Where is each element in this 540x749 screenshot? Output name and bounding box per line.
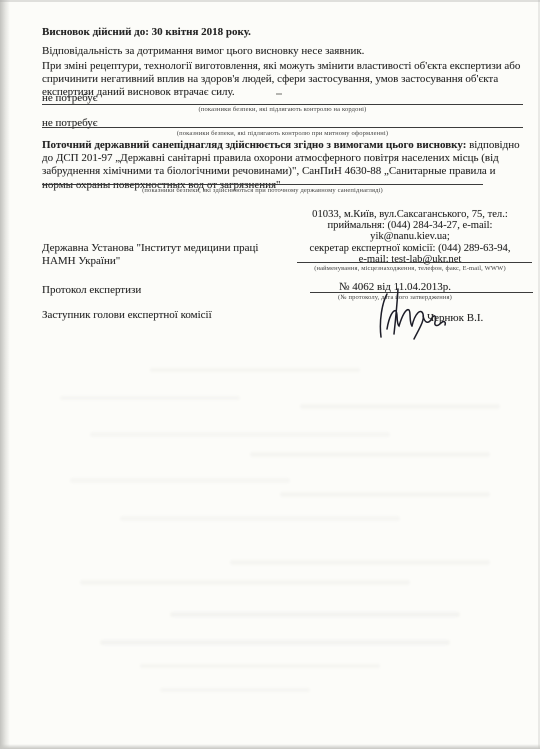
bleedthrough-smudge — [150, 368, 360, 372]
signatory-title: Заступник голови експертної комісії — [42, 309, 212, 321]
contact-line-secretary: секретар експертної комісії: (044) 289-6… — [285, 243, 535, 254]
current-surveillance-lead: Поточний державний санепіднагляд здійсню… — [42, 139, 466, 151]
institution-name: Державна Установа "Інститут медицини пра… — [42, 242, 282, 268]
scan-edge-top — [0, 0, 540, 2]
bleedthrough-smudge — [140, 664, 380, 668]
protocol-label: Протокол експертизи — [42, 284, 141, 296]
border-control-underline — [42, 104, 523, 105]
contact-underline — [297, 262, 532, 263]
border-control-caption: (показники безпеки, які підлягають контр… — [42, 106, 523, 114]
customs-control-underline — [42, 127, 523, 128]
contact-line-address: 01033, м.Київ, вул.Саксаганського, 75, т… — [285, 209, 535, 220]
bleedthrough-smudge — [300, 404, 500, 409]
bleedthrough-smudge — [70, 478, 290, 483]
scan-edge-bottom — [0, 744, 540, 749]
current-surveillance-caption: (показники безпеки, які здійснюються при… — [42, 187, 483, 195]
signatory-name: Чернюк В.І. — [427, 312, 483, 324]
contact-line-reception: приймальня: (044) 284-34-27, e-mail: — [285, 220, 535, 231]
bleedthrough-smudge — [280, 492, 490, 497]
scan-artifact-dash — [276, 93, 282, 95]
bleedthrough-smudge — [170, 612, 460, 617]
scanned-document-page: Висновок дійсний до: 30 квітня 2018 року… — [0, 0, 540, 749]
bleedthrough-smudge — [90, 432, 390, 437]
bleedthrough-smudge — [80, 580, 410, 585]
bleedthrough-smudge — [160, 688, 310, 692]
current-surveillance-underline — [42, 184, 483, 185]
contact-line-email1: yik@nanu.kiev.ua; — [285, 231, 535, 242]
contact-line-email2: e-mail: test-lab@ukr.net — [285, 254, 535, 265]
customs-control-caption: (показники безпеки, які підлягають контр… — [42, 130, 523, 138]
bleedthrough-smudge — [230, 560, 490, 565]
bleedthrough-smudge — [120, 516, 400, 521]
contact-caption: (найменування, місцезнаходження, телефон… — [285, 265, 535, 273]
bleedthrough-smudge — [100, 640, 450, 645]
border-control-value: не потребує — [42, 92, 97, 104]
scan-edge-left — [0, 0, 10, 749]
bleedthrough-smudge — [250, 452, 490, 457]
institution-contact-block: 01033, м.Київ, вул.Саксаганського, 75, т… — [285, 209, 535, 265]
responsibility-line: Відповідальність за дотримання вимог цьо… — [42, 45, 364, 57]
recipe-change-paragraph: При зміні рецептури, технології виготовл… — [42, 60, 528, 100]
bleedthrough-smudge — [60, 396, 240, 400]
validity-line: Висновок дійсний до: 30 квітня 2018 року… — [42, 26, 251, 38]
